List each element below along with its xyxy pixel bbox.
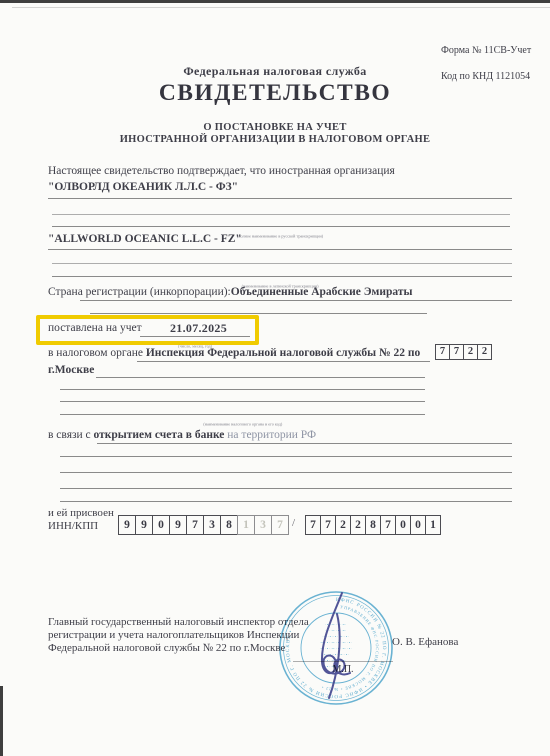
document-subtitle-2: ИНОСТРАННОЙ ОРГАНИЗАЦИИ В НАЛОГОВОМ ОРГА…: [0, 134, 550, 145]
blank-line: [48, 249, 512, 250]
official-title-line-1: Главный государственный налоговый инспек…: [48, 616, 309, 628]
intro-text: Настоящее свидетельство подтверждает, чт…: [48, 165, 395, 177]
digit-cell: 7: [186, 515, 204, 535]
digit-cell: 1: [237, 515, 255, 535]
tax-office-city: г.Москве: [48, 364, 94, 376]
reason-suffix: на территории РФ: [227, 429, 316, 441]
tax-office-caption: (наименование налогового органа и его ко…: [203, 422, 282, 427]
name-ru-caption: (полное наименование в русской транскрип…: [237, 234, 323, 239]
digit-cell: 7: [271, 515, 289, 535]
official-title-line-3: Федеральной налоговой службы № 22 по г.М…: [48, 642, 285, 654]
digit-cell: 2: [350, 515, 366, 535]
blank-line: [137, 361, 430, 362]
form-number-line: Форма № 11СВ-Учет: [441, 44, 531, 57]
digit-cell: 3: [254, 515, 272, 535]
blank-line: [60, 389, 425, 390]
blank-line: [52, 214, 510, 215]
blank-line: [52, 263, 512, 264]
registered-date: 21.07.2025: [170, 321, 227, 336]
digit-cell: 9: [135, 515, 153, 535]
digit-cell: 7: [435, 344, 450, 360]
blank-line: [90, 313, 427, 314]
blank-line: [60, 501, 512, 502]
digit-cell: 7: [320, 515, 336, 535]
digit-cell: 7: [380, 515, 396, 535]
scan-line: [12, 7, 550, 8]
blank-line: [80, 300, 512, 301]
inn-boxes: 9909738137: [118, 515, 288, 535]
scan-edge-top: [0, 0, 550, 3]
digit-cell: 1: [425, 515, 441, 535]
tax-office-row: в налоговом органе Инспекция Федеральной…: [48, 347, 420, 359]
official-name: О. В. Ефанова: [392, 636, 458, 648]
digit-cell: 8: [220, 515, 238, 535]
blank-line: [96, 377, 425, 378]
document-title: СВИДЕТЕЛЬСТВО: [0, 80, 550, 107]
blank-line: [60, 472, 512, 473]
blank-line: [60, 456, 512, 457]
stamp-graphic: ИФНС РОССИИ № 22 ПО Г. МОСКВЕ • ИФНС РОС…: [276, 588, 396, 708]
digit-cell: 8: [365, 515, 381, 535]
assigned-label-2: ИНН/КПП: [48, 520, 98, 532]
assigned-label-1: и ей присвоен: [48, 507, 114, 519]
digit-cell: 7: [305, 515, 321, 535]
reason-label: в связи с: [48, 429, 91, 441]
official-stamp: ИФНС РОССИИ № 22 ПО Г. МОСКВЕ • ИФНС РОС…: [276, 588, 396, 708]
reason-row: в связи с открытием счета в банке на тер…: [48, 429, 316, 441]
registered-label: поставлена на учет: [48, 322, 142, 334]
digit-cell: 9: [118, 515, 136, 535]
digit-cell: 2: [477, 344, 492, 360]
tax-office-label: в налоговом органе: [48, 347, 143, 359]
scan-edge-left: [0, 686, 3, 756]
digit-cell: 2: [335, 515, 351, 535]
tax-office-name: Инспекция Федеральной налоговой службы №…: [146, 347, 420, 359]
tax-office-code-boxes: 7722: [435, 344, 491, 360]
blank-line: [60, 401, 425, 402]
digit-cell: 0: [152, 515, 170, 535]
country-label: Страна регистрации (инкорпорации):: [48, 286, 231, 298]
document-subtitle-1: О ПОСТАНОВКЕ НА УЧЕТ: [0, 122, 550, 133]
agency-name: Федеральная налоговая служба: [0, 64, 550, 79]
kpp-boxes: 772287001: [305, 515, 440, 535]
blank-line: [60, 488, 512, 489]
digit-cell: 0: [410, 515, 426, 535]
blank-line: [48, 198, 512, 199]
digit-cell: 0: [395, 515, 411, 535]
digit-cell: 3: [203, 515, 221, 535]
org-name-latin: "ALLWORLD OCEANIC L.L.C - FZ": [48, 233, 242, 245]
reason-value: открытием счета в банке: [94, 429, 225, 441]
certificate-document: { "colors": { "highlight": "#F0CB00", "s…: [0, 0, 550, 756]
country-row: Страна регистрации (инкорпорации):Объеди…: [48, 286, 412, 298]
official-title-line-2: регистрации и учета налогоплательщиков И…: [48, 629, 299, 641]
digit-cell: 2: [463, 344, 478, 360]
svg-text:·•··•··•··•··•··•·: ·•··•··•··•··•··•·: [320, 647, 353, 651]
digit-cell: 9: [169, 515, 187, 535]
digit-cell: 7: [449, 344, 464, 360]
country-value: Объединенные Арабские Эмираты: [231, 286, 413, 298]
org-name-russian: "ОЛВОРЛД ОКЕАНИК Л.Л.С - ФЗ": [48, 181, 238, 193]
blank-line: [97, 443, 512, 444]
inn-kpp-separator: /: [292, 517, 295, 529]
